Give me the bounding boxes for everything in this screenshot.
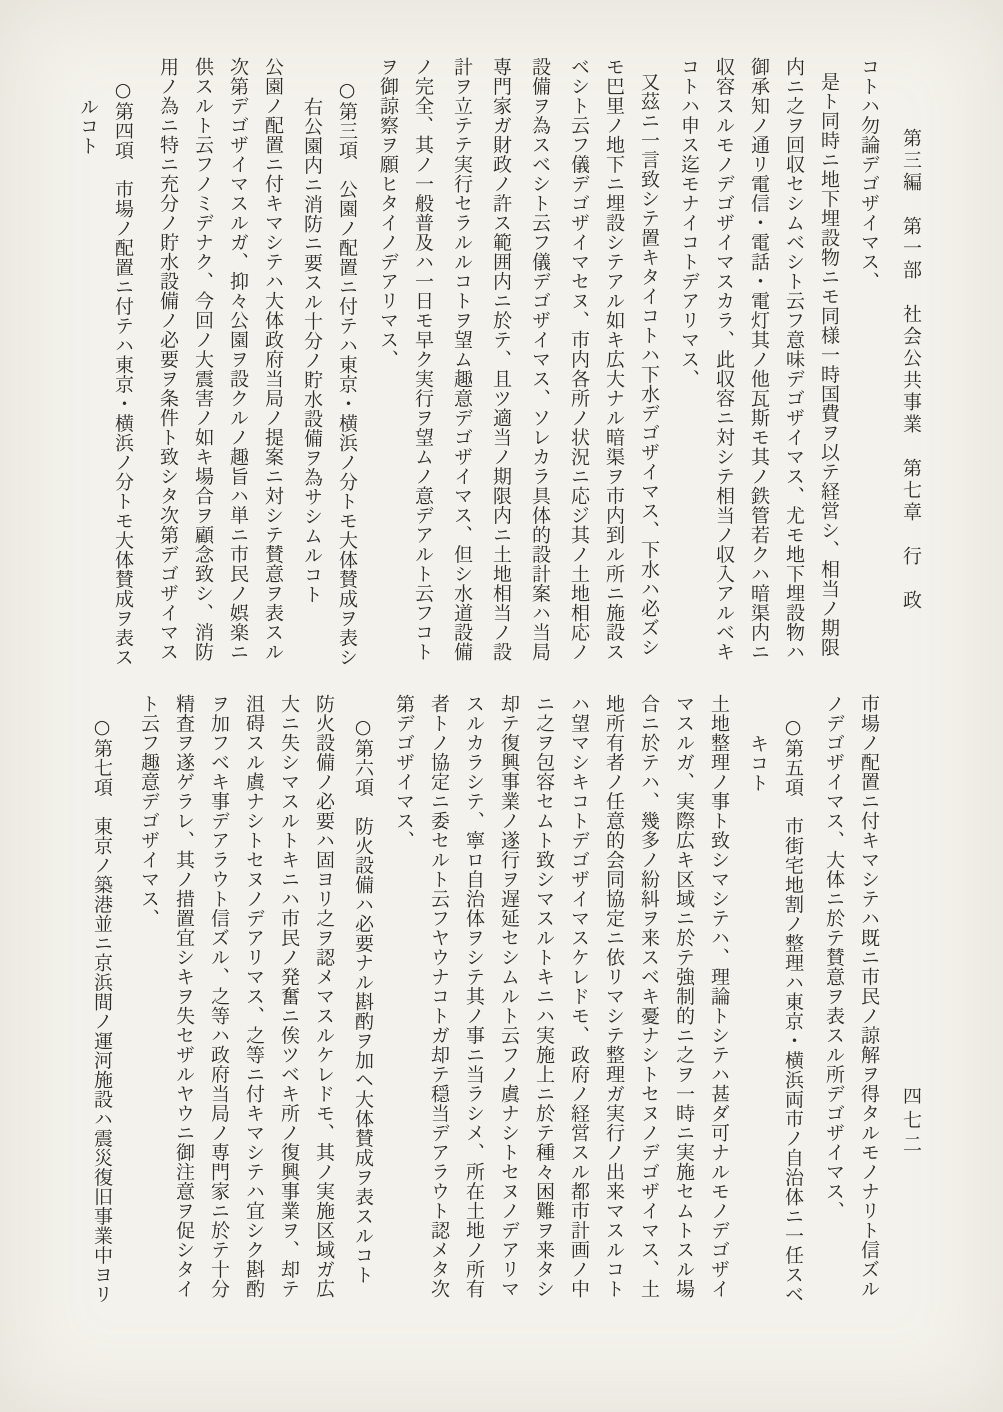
- text-column: 者トノ協定ニ委セルト云フヤウナコトガ却テ穏当デアラウト認メタ次: [421, 694, 456, 1334]
- text-column: 供スルト云フノミデナク、今回ノ大震害ノ如キ場合ヲ顧念致シ、消防: [185, 57, 220, 697]
- text-column: コトハ申ス迄モナイコトデアリマス、: [671, 57, 706, 697]
- text-column: ルコト: [70, 57, 105, 697]
- text-column: ○第三項 公園ノ配置ニ付テハ東京・横浜ノ分トモ大体賛成ヲ表シ: [329, 57, 364, 697]
- chapter-header: 第三編 第一部 社会公共事業 第七章 行 政: [898, 128, 925, 688]
- text-column: モ巴里ノ地下ニ埋設シテアル如キ広大ナル暗渠ヲ市内到ル所ニ施設ス: [596, 57, 631, 697]
- text-column: 公園ノ配置ニ付キマシテハ大体政府当局ノ提案ニ対シテ賛意ヲ表スル: [255, 57, 290, 697]
- text-column: 次第デゴザイマスルガ、抑々公園ヲ設クルノ趣旨ハ単ニ市民ノ娯楽ニ: [220, 57, 255, 697]
- text-column: 市場ノ配置ニ付キマシテハ既ニ市民ノ諒解ヲ得タルモノナリト信ズル: [851, 694, 886, 1334]
- text-column: ノ完全、其ノ一般普及ハ一日モ早ク実行ヲ望ムノ意デアルト云フコト: [405, 57, 440, 697]
- page-number: 四七二: [898, 1086, 925, 1158]
- text-column: 右公園内ニ消防ニ要スル十分ノ貯水設備ヲ為サシムルコト: [294, 57, 329, 697]
- text-column: ○第七項 東京ノ築港並ニ京浜間ノ運河施設ハ震災復旧事業中ヨリ: [84, 694, 119, 1334]
- text-column: 土地整理ノ事ト致シマシテハ、理論トシテハ甚ダ可ナルモノデゴザイ: [701, 694, 736, 1334]
- text-column: 防火設備ノ必要ハ固ヨリ之ヲ認メマスルケレドモ、其ノ実施区域ガ広: [306, 694, 341, 1334]
- text-column: 大ニ失シマスルトキニハ市民ノ発奮ニ俟ツベキ所ノ復興事業ヲ、却テ: [271, 694, 306, 1334]
- text-column: 精査ヲ遂ゲラレ、其ノ措置宜シキヲ失セザルヤウニ御注意ヲ促シタイ: [166, 694, 201, 1334]
- document-page: 第三編 第一部 社会公共事業 第七章 行 政 コトハ勿論デゴザイマス、是ト同時ニ…: [0, 0, 1003, 1412]
- text-column: スルカラシテ、寧ロ自治体ヲシテ其ノ事ニ当ラシメ、所在土地ノ所有: [456, 694, 491, 1334]
- text-column: 沮碍スル虞ナシトセヌノデアリマス、之等ニ付キマシテハ宜シク斟酌: [236, 694, 271, 1334]
- text-column: ニ之ヲ包容セムト致シマスルトキニハ実施上ニ於テ種々困難ヲ来タシ: [526, 694, 561, 1334]
- text-column: 専門家ガ財政ノ許ス範囲内ニ於テ、且ツ適当ノ期限内ニ土地相当ノ設: [483, 57, 518, 697]
- text-column: ノデゴザイマス、大体ニ於テ賛意ヲ表スル所デゴザイマス、: [816, 694, 851, 1334]
- top-text-block: コトハ勿論デゴザイマス、是ト同時ニ地下埋設物ニモ同様一時国費ヲ以テ経営シ、相当ノ…: [70, 57, 886, 697]
- text-column: 御承知ノ通リ電信・電話・電灯其ノ他瓦斯モ其ノ鉄管若クハ暗渠内ニ: [741, 57, 776, 697]
- text-column: 却テ復興事業ノ遂行ヲ遅延セシムルト云フノ虞ナシトセヌノデアリマ: [491, 694, 526, 1334]
- text-column: ベシト云フ儀デゴザイマセヌ、市内各所ノ状況ニ応ジ其ノ土地相応ノ: [561, 57, 596, 697]
- text-column: 設備ヲ為スベシト云フ儀デゴザイマス、ソレカラ具体的設計案ハ当局: [522, 57, 557, 697]
- text-column: ○第六項 防火設備ハ必要ナル斟酌ヲ加ヘ大体賛成ヲ表スルコト: [345, 694, 380, 1334]
- text-column: 計ヲ立テテ実行セラルルコトヲ望ム趣意デゴザイマス、但シ水道設備: [444, 57, 479, 697]
- text-column: ヲ御諒察ヲ願ヒタイノデアリマス、: [370, 57, 405, 697]
- text-column: 是ト同時ニ地下埋設物ニモ同様一時国費ヲ以テ経営シ、相当ノ期限: [811, 57, 846, 697]
- text-column: 合ニ於テハ、幾多ノ紛糾ヲ来スベキ憂ナシトセヌノデゴザイマス、土: [631, 694, 666, 1334]
- text-column: 収容スルモノデゴザイマスカラ、此収容ニ対シテ相当ノ収入アルベキ: [706, 57, 741, 697]
- text-column: 地所有者ノ任意的会同協定ニ依リマシテ整理ガ実行ノ出来マスルコト: [596, 694, 631, 1334]
- text-column: ○第五項 市街宅地割ノ整理ハ東京・横浜両市ノ自治体ニ一任スベ: [775, 694, 810, 1334]
- text-column: 第デゴザイマス、: [386, 694, 421, 1334]
- text-column: 又茲ニ一言致シテ置キタイコトハ下水デゴザイマス、下水ハ必ズシ: [631, 57, 666, 697]
- text-column: キコト: [740, 694, 775, 1334]
- text-column: ハ望マシキコトデゴザイマスケレドモ、政府ノ経営スル都市計画ノ中: [561, 694, 596, 1334]
- text-column: マスルガ、実際広キ区域ニ於テ強制的ニ之ヲ一時ニ実施セムトスル場: [666, 694, 701, 1334]
- text-column: ○第四項 市場ノ配置ニ付テハ東京・横浜ノ分トモ大体賛成ヲ表ス: [105, 57, 140, 697]
- bottom-text-block: 市場ノ配置ニ付キマシテハ既ニ市民ノ諒解ヲ得タルモノナリト信ズルノデゴザイマス、大…: [84, 694, 886, 1334]
- text-column: 用ノ為ニ特ニ充分ノ貯水設備ノ必要ヲ条件ト致シタ次第デゴザイマス: [150, 57, 185, 697]
- text-column: 内ニ之ヲ回収セシムベシト云フ意味デゴザイマス、尤モ地下埋設物ハ: [776, 57, 811, 697]
- text-column: コトハ勿論デゴザイマス、: [851, 57, 886, 697]
- text-column: ト云フ趣意デゴザイマス、: [131, 694, 166, 1334]
- text-column: ヲ加フベキ事デアラウト信ズル、之等ハ政府当局ノ専門家ニ於テ十分: [201, 694, 236, 1334]
